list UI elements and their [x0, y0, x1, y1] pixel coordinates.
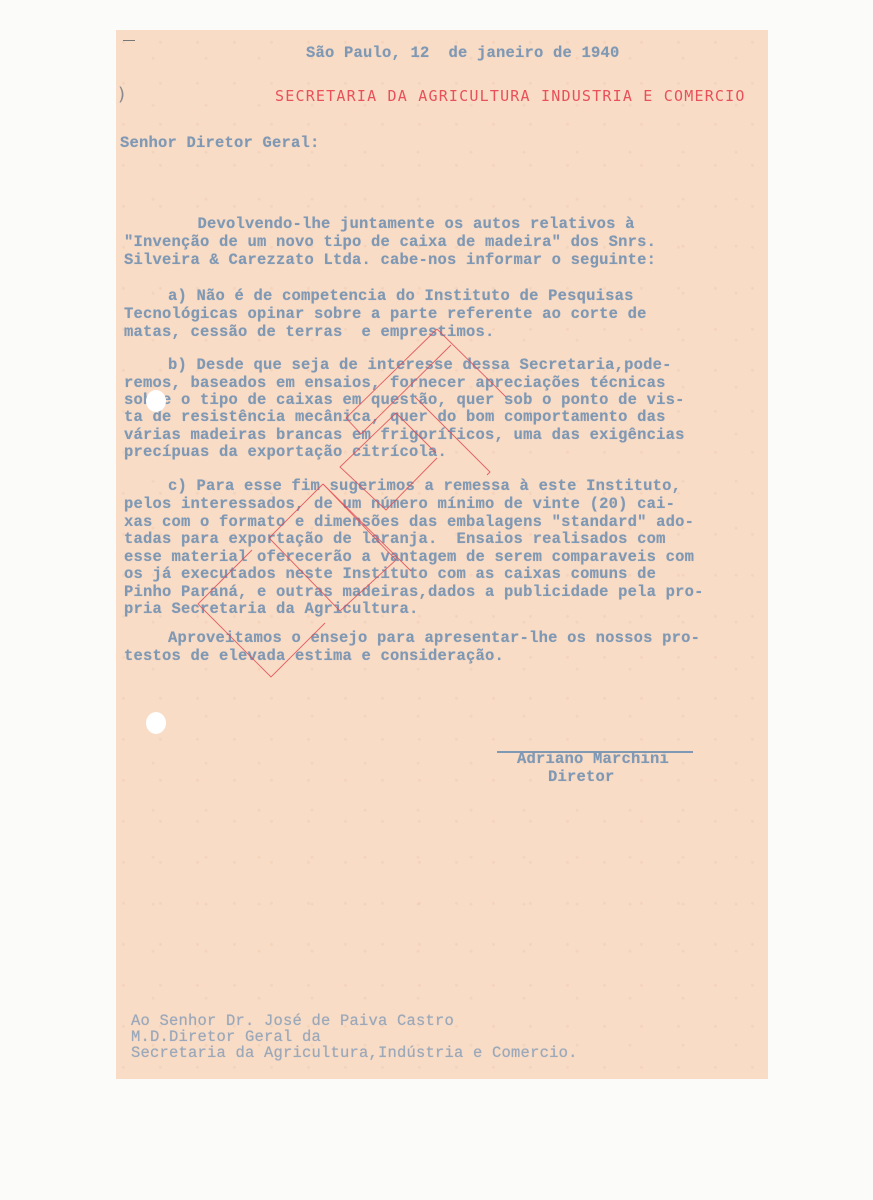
margin-bracket-mark: )	[118, 84, 125, 105]
date-line: São Paulo, 12 de janeiro de 1940	[306, 44, 620, 63]
text-line: Aproveitamos o ensejo para apresentar-lh…	[130, 629, 700, 648]
punch-hole-bottom	[146, 712, 166, 734]
letterhead: SECRETARIA DA AGRICULTURA INDUSTRIA E CO…	[275, 87, 746, 105]
text-line: matas, cessão de terras e emprestimos.	[124, 323, 495, 342]
signatory-name: Adriano Marchini	[517, 750, 669, 769]
text-line: pelos interessados, de um número mínimo …	[124, 495, 675, 514]
signatory-title: Diretor	[548, 768, 615, 787]
text-line: tadas para exportação de laranja. Ensaio…	[124, 530, 666, 549]
text-line: c) Para esse fim sugerimos a remessa à e…	[130, 477, 681, 496]
text-line: Secretaria da Agricultura,Indústria e Co…	[131, 1044, 578, 1063]
text-line: Tecnológicas opinar sobre a parte refere…	[124, 305, 647, 324]
punch-hole-top	[146, 390, 166, 412]
margin-dash	[123, 40, 135, 41]
text-line: ta de resistência mecânica, quer do bom …	[124, 408, 666, 427]
text-line: Silveira & Carezzato Ltda. cabe-nos info…	[124, 251, 656, 270]
text-line: b) Desde que seja de interesse dessa Sec…	[130, 356, 672, 375]
text-line: precípuas da exportação citrícola.	[124, 443, 447, 462]
salutation: Senhor Diretor Geral:	[120, 134, 320, 153]
text-line: pria Secretaria da Agricultura.	[124, 600, 419, 619]
text-line: os já executados neste Instituto com as …	[124, 565, 656, 584]
text-line: testos de elevada estima e consideração.	[124, 647, 504, 666]
text-line: Devolvendo-lhe juntamente os autos relat…	[150, 215, 635, 234]
text-line: "Invenção de um novo tipo de caixa de ma…	[124, 233, 656, 252]
text-line: a) Não é de competencia do Instituto de …	[130, 287, 634, 306]
